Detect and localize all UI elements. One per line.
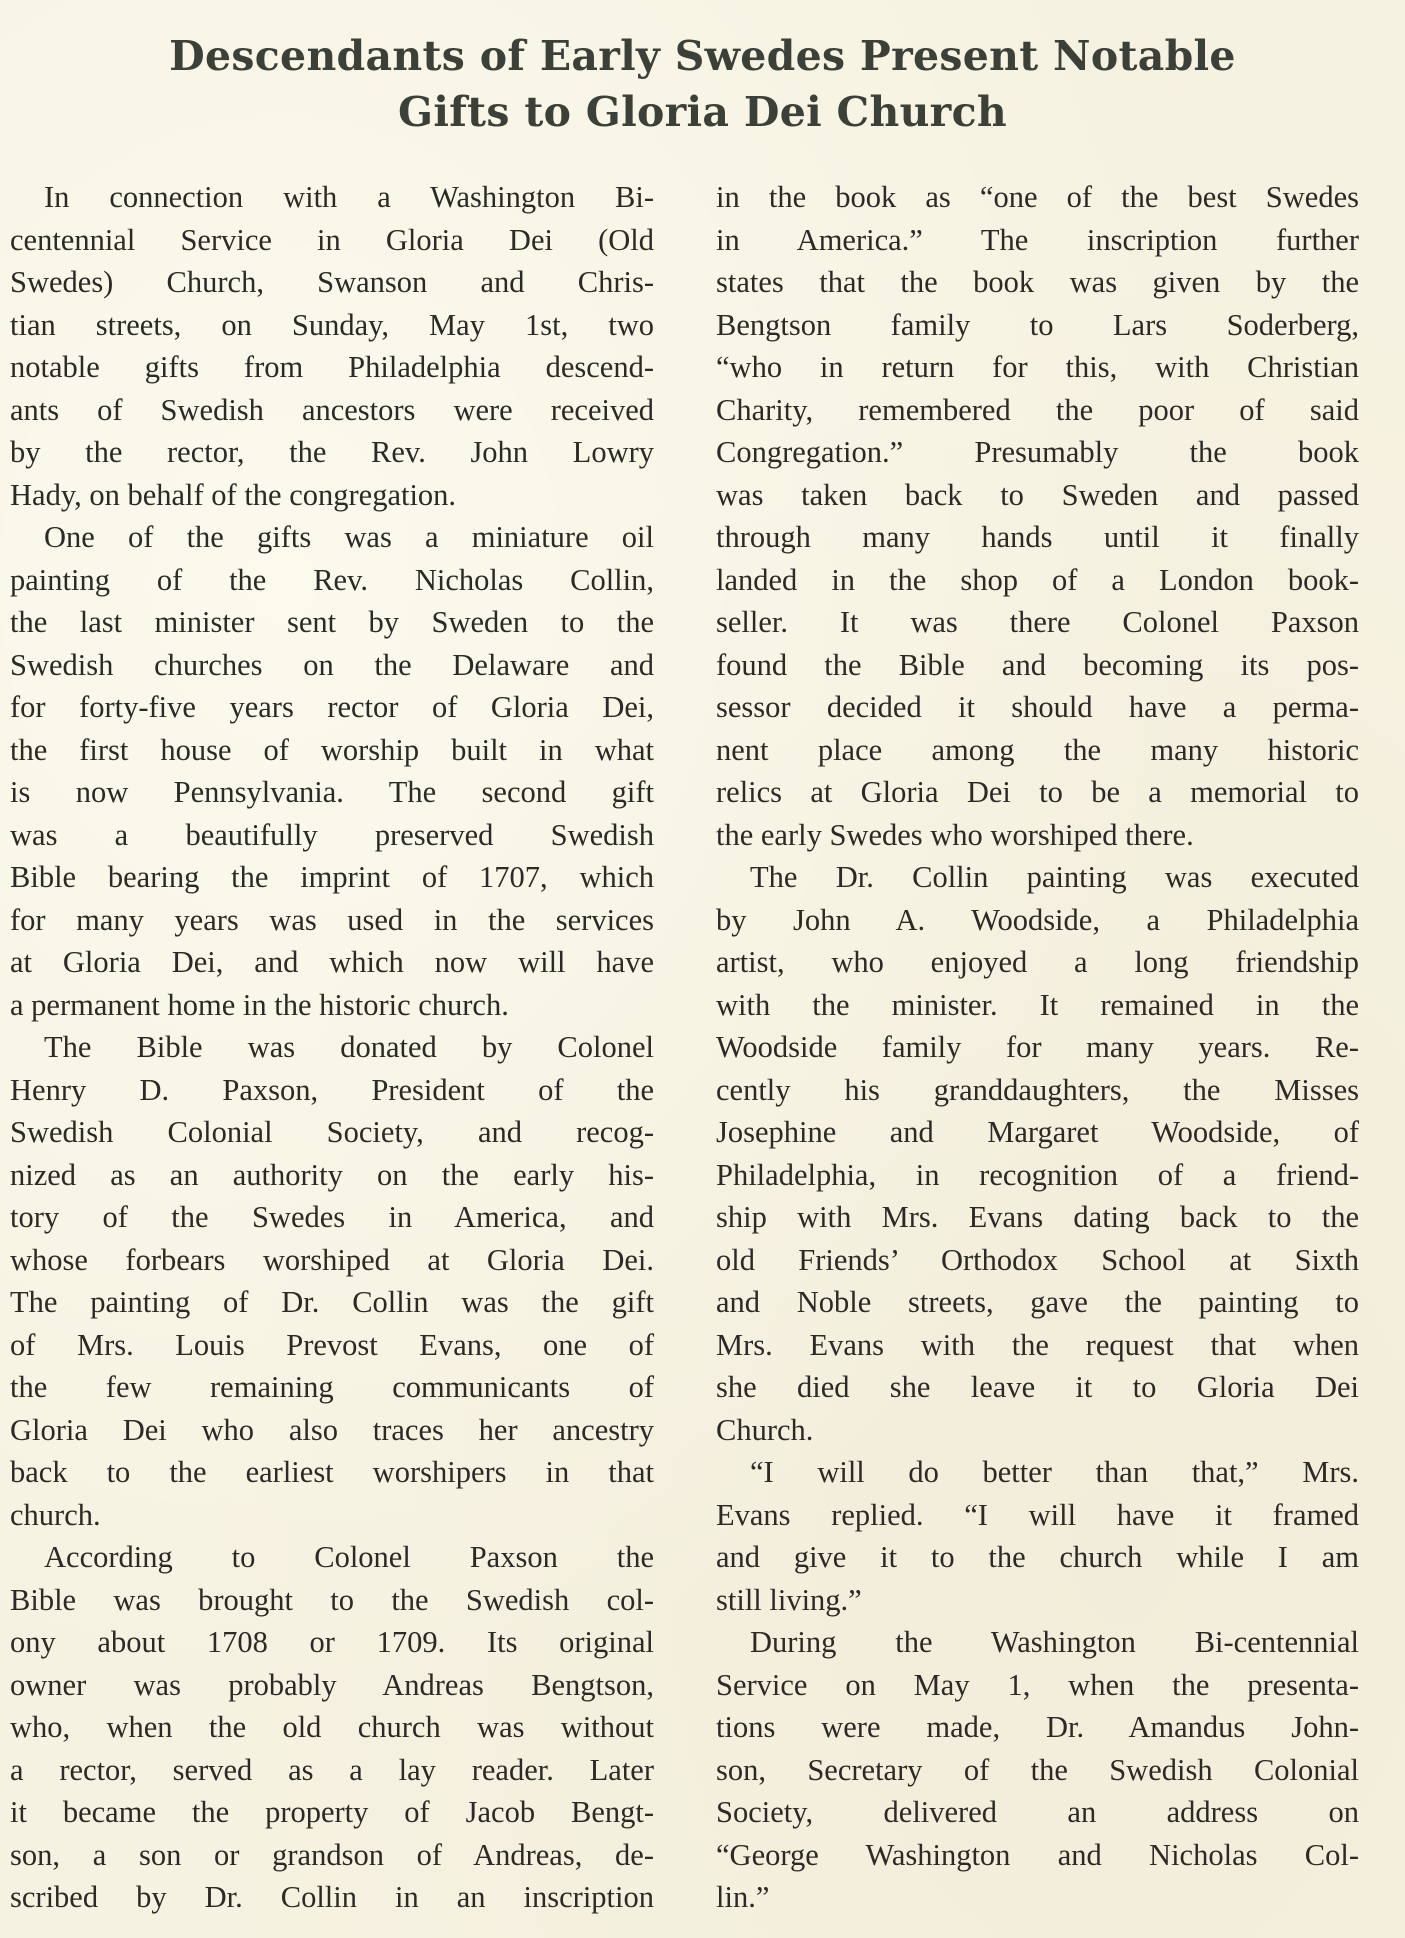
text-line: Charity, remembered the poor of said <box>716 389 1359 432</box>
text-line: Hady, on behalf of the congregation. <box>10 474 654 517</box>
text-line: the early Swedes who worshiped there. <box>716 814 1359 857</box>
text-line: of Mrs. Louis Prevost Evans, one of <box>10 1324 654 1367</box>
text-line: Swedish churches on the Delaware and <box>10 644 654 687</box>
text-line: church. <box>10 1494 654 1537</box>
text-line: old Friends’ Orthodox School at Sixth <box>716 1239 1359 1282</box>
text-line: One of the gifts was a miniature oil <box>10 516 654 559</box>
text-line: a permanent home in the historic church. <box>10 984 654 1027</box>
text-line: tory of the Swedes in America, and <box>10 1196 654 1239</box>
article-headline: Descendants of Early Swedes Present Nota… <box>0 28 1405 140</box>
text-line: for many years was used in the services <box>10 899 654 942</box>
text-line: with the minister. It remained in the <box>716 984 1359 1027</box>
text-line: Swedes) Church, Swanson and Chris- <box>10 261 654 304</box>
text-line: the first house of worship built in what <box>10 729 654 772</box>
text-line: the last minister sent by Sweden to the <box>10 601 654 644</box>
text-line: In connection with a Washington Bi- <box>10 176 654 219</box>
paragraph: According to Colonel Paxson theBible was… <box>10 1536 654 1919</box>
text-line: Service on May 1, when the presenta- <box>716 1664 1359 1707</box>
text-line: sessor decided it should have a perma- <box>716 686 1359 729</box>
text-line: Swedish Colonial Society, and recog- <box>10 1111 654 1154</box>
text-line: found the Bible and becoming its pos- <box>716 644 1359 687</box>
text-line: Bible was brought to the Swedish col- <box>10 1579 654 1622</box>
text-line: ony about 1708 or 1709. Its original <box>10 1621 654 1664</box>
text-line: by John A. Woodside, a Philadelphia <box>716 899 1359 942</box>
paragraph: During the Washington Bi-centennialServi… <box>716 1621 1359 1919</box>
text-line: is now Pennsylvania. The second gift <box>10 771 654 814</box>
text-line: “who in return for this, with Christian <box>716 346 1359 389</box>
headline-line-2: Gifts to Gloria Dei Church <box>0 84 1405 140</box>
text-line: back to the earliest worshipers in that <box>10 1451 654 1494</box>
text-line: Bible bearing the imprint of 1707, which <box>10 856 654 899</box>
text-line: and give it to the church while I am <box>716 1536 1359 1579</box>
text-line: the few remaining communicants of <box>10 1366 654 1409</box>
text-line: Congregation.” Presumably the book <box>716 431 1359 474</box>
text-line: Church. <box>716 1409 1359 1452</box>
text-line: for forty-five years rector of Gloria De… <box>10 686 654 729</box>
text-line: artist, who enjoyed a long friendship <box>716 941 1359 984</box>
text-line: The Bible was donated by Colonel <box>10 1026 654 1069</box>
text-line: Evans replied. “I will have it framed <box>716 1494 1359 1537</box>
paragraph: In connection with a Washington Bi-cente… <box>10 176 654 516</box>
right-column: in the book as “one of the best Swedesin… <box>716 176 1359 1919</box>
text-line: ship with Mrs. Evans dating back to the <box>716 1196 1359 1239</box>
paragraph: One of the gifts was a miniature oilpain… <box>10 516 654 1026</box>
text-line: and Noble streets, gave the painting to <box>716 1281 1359 1324</box>
text-line: “George Washington and Nicholas Col- <box>716 1834 1359 1877</box>
text-line: was taken back to Sweden and passed <box>716 474 1359 517</box>
text-line: still living.” <box>716 1579 1359 1622</box>
text-line: at Gloria Dei, and which now will have <box>10 941 654 984</box>
text-line: whose forbears worshiped at Gloria Dei. <box>10 1239 654 1282</box>
text-line: notable gifts from Philadelphia descend- <box>10 346 654 389</box>
text-line: Philadelphia, in recognition of a friend… <box>716 1154 1359 1197</box>
text-line: by the rector, the Rev. John Lowry <box>10 431 654 474</box>
text-line: in the book as “one of the best Swedes <box>716 176 1359 219</box>
text-line: seller. It was there Colonel Paxson <box>716 601 1359 644</box>
text-line: tian streets, on Sunday, May 1st, two <box>10 304 654 347</box>
text-line: painting of the Rev. Nicholas Collin, <box>10 559 654 602</box>
text-line: ants of Swedish ancestors were received <box>10 389 654 432</box>
headline-line-1: Descendants of Early Swedes Present Nota… <box>0 28 1405 84</box>
text-line: was a beautifully preserved Swedish <box>10 814 654 857</box>
text-line: Gloria Dei who also traces her ancestry <box>10 1409 654 1452</box>
text-line: in America.” The inscription further <box>716 219 1359 262</box>
text-line: Mrs. Evans with the request that when <box>716 1324 1359 1367</box>
text-line: she died she leave it to Gloria Dei <box>716 1366 1359 1409</box>
paragraph: in the book as “one of the best Swedesin… <box>716 176 1359 856</box>
text-line: nized as an authority on the early his- <box>10 1154 654 1197</box>
text-line: The Dr. Collin painting was executed <box>716 856 1359 899</box>
text-line: it became the property of Jacob Bengt- <box>10 1791 654 1834</box>
text-line: tions were made, Dr. Amandus John- <box>716 1706 1359 1749</box>
text-line: Henry D. Paxson, President of the <box>10 1069 654 1112</box>
text-line: scribed by Dr. Collin in an inscription <box>10 1876 654 1919</box>
text-line: The painting of Dr. Collin was the gift <box>10 1281 654 1324</box>
text-line: son, Secretary of the Swedish Colonial <box>716 1749 1359 1792</box>
text-line: According to Colonel Paxson the <box>10 1536 654 1579</box>
text-line: son, a son or grandson of Andreas, de- <box>10 1834 654 1877</box>
text-line: owner was probably Andreas Bengtson, <box>10 1664 654 1707</box>
paragraph: The Dr. Collin painting was executedby J… <box>716 856 1359 1451</box>
text-line: “I will do better than that,” Mrs. <box>716 1451 1359 1494</box>
paragraph: “I will do better than that,” Mrs.Evans … <box>716 1451 1359 1621</box>
text-line: lin.” <box>716 1876 1359 1919</box>
text-line: nent place among the many historic <box>716 729 1359 772</box>
text-line: centennial Service in Gloria Dei (Old <box>10 219 654 262</box>
text-line: who, when the old church was without <box>10 1706 654 1749</box>
text-line: relics at Gloria Dei to be a memorial to <box>716 771 1359 814</box>
text-line: through many hands until it finally <box>716 516 1359 559</box>
text-line: states that the book was given by the <box>716 261 1359 304</box>
left-column: In connection with a Washington Bi-cente… <box>10 176 654 1919</box>
text-line: During the Washington Bi-centennial <box>716 1621 1359 1664</box>
paragraph: The Bible was donated by ColonelHenry D.… <box>10 1026 654 1536</box>
document-page: Descendants of Early Swedes Present Nota… <box>0 0 1405 1938</box>
text-line: Josephine and Margaret Woodside, of <box>716 1111 1359 1154</box>
text-line: landed in the shop of a London book- <box>716 559 1359 602</box>
text-line: Bengtson family to Lars Soderberg, <box>716 304 1359 347</box>
text-line: a rector, served as a lay reader. Later <box>10 1749 654 1792</box>
text-line: Woodside family for many years. Re- <box>716 1026 1359 1069</box>
text-line: cently his granddaughters, the Misses <box>716 1069 1359 1112</box>
text-line: Society, delivered an address on <box>716 1791 1359 1834</box>
